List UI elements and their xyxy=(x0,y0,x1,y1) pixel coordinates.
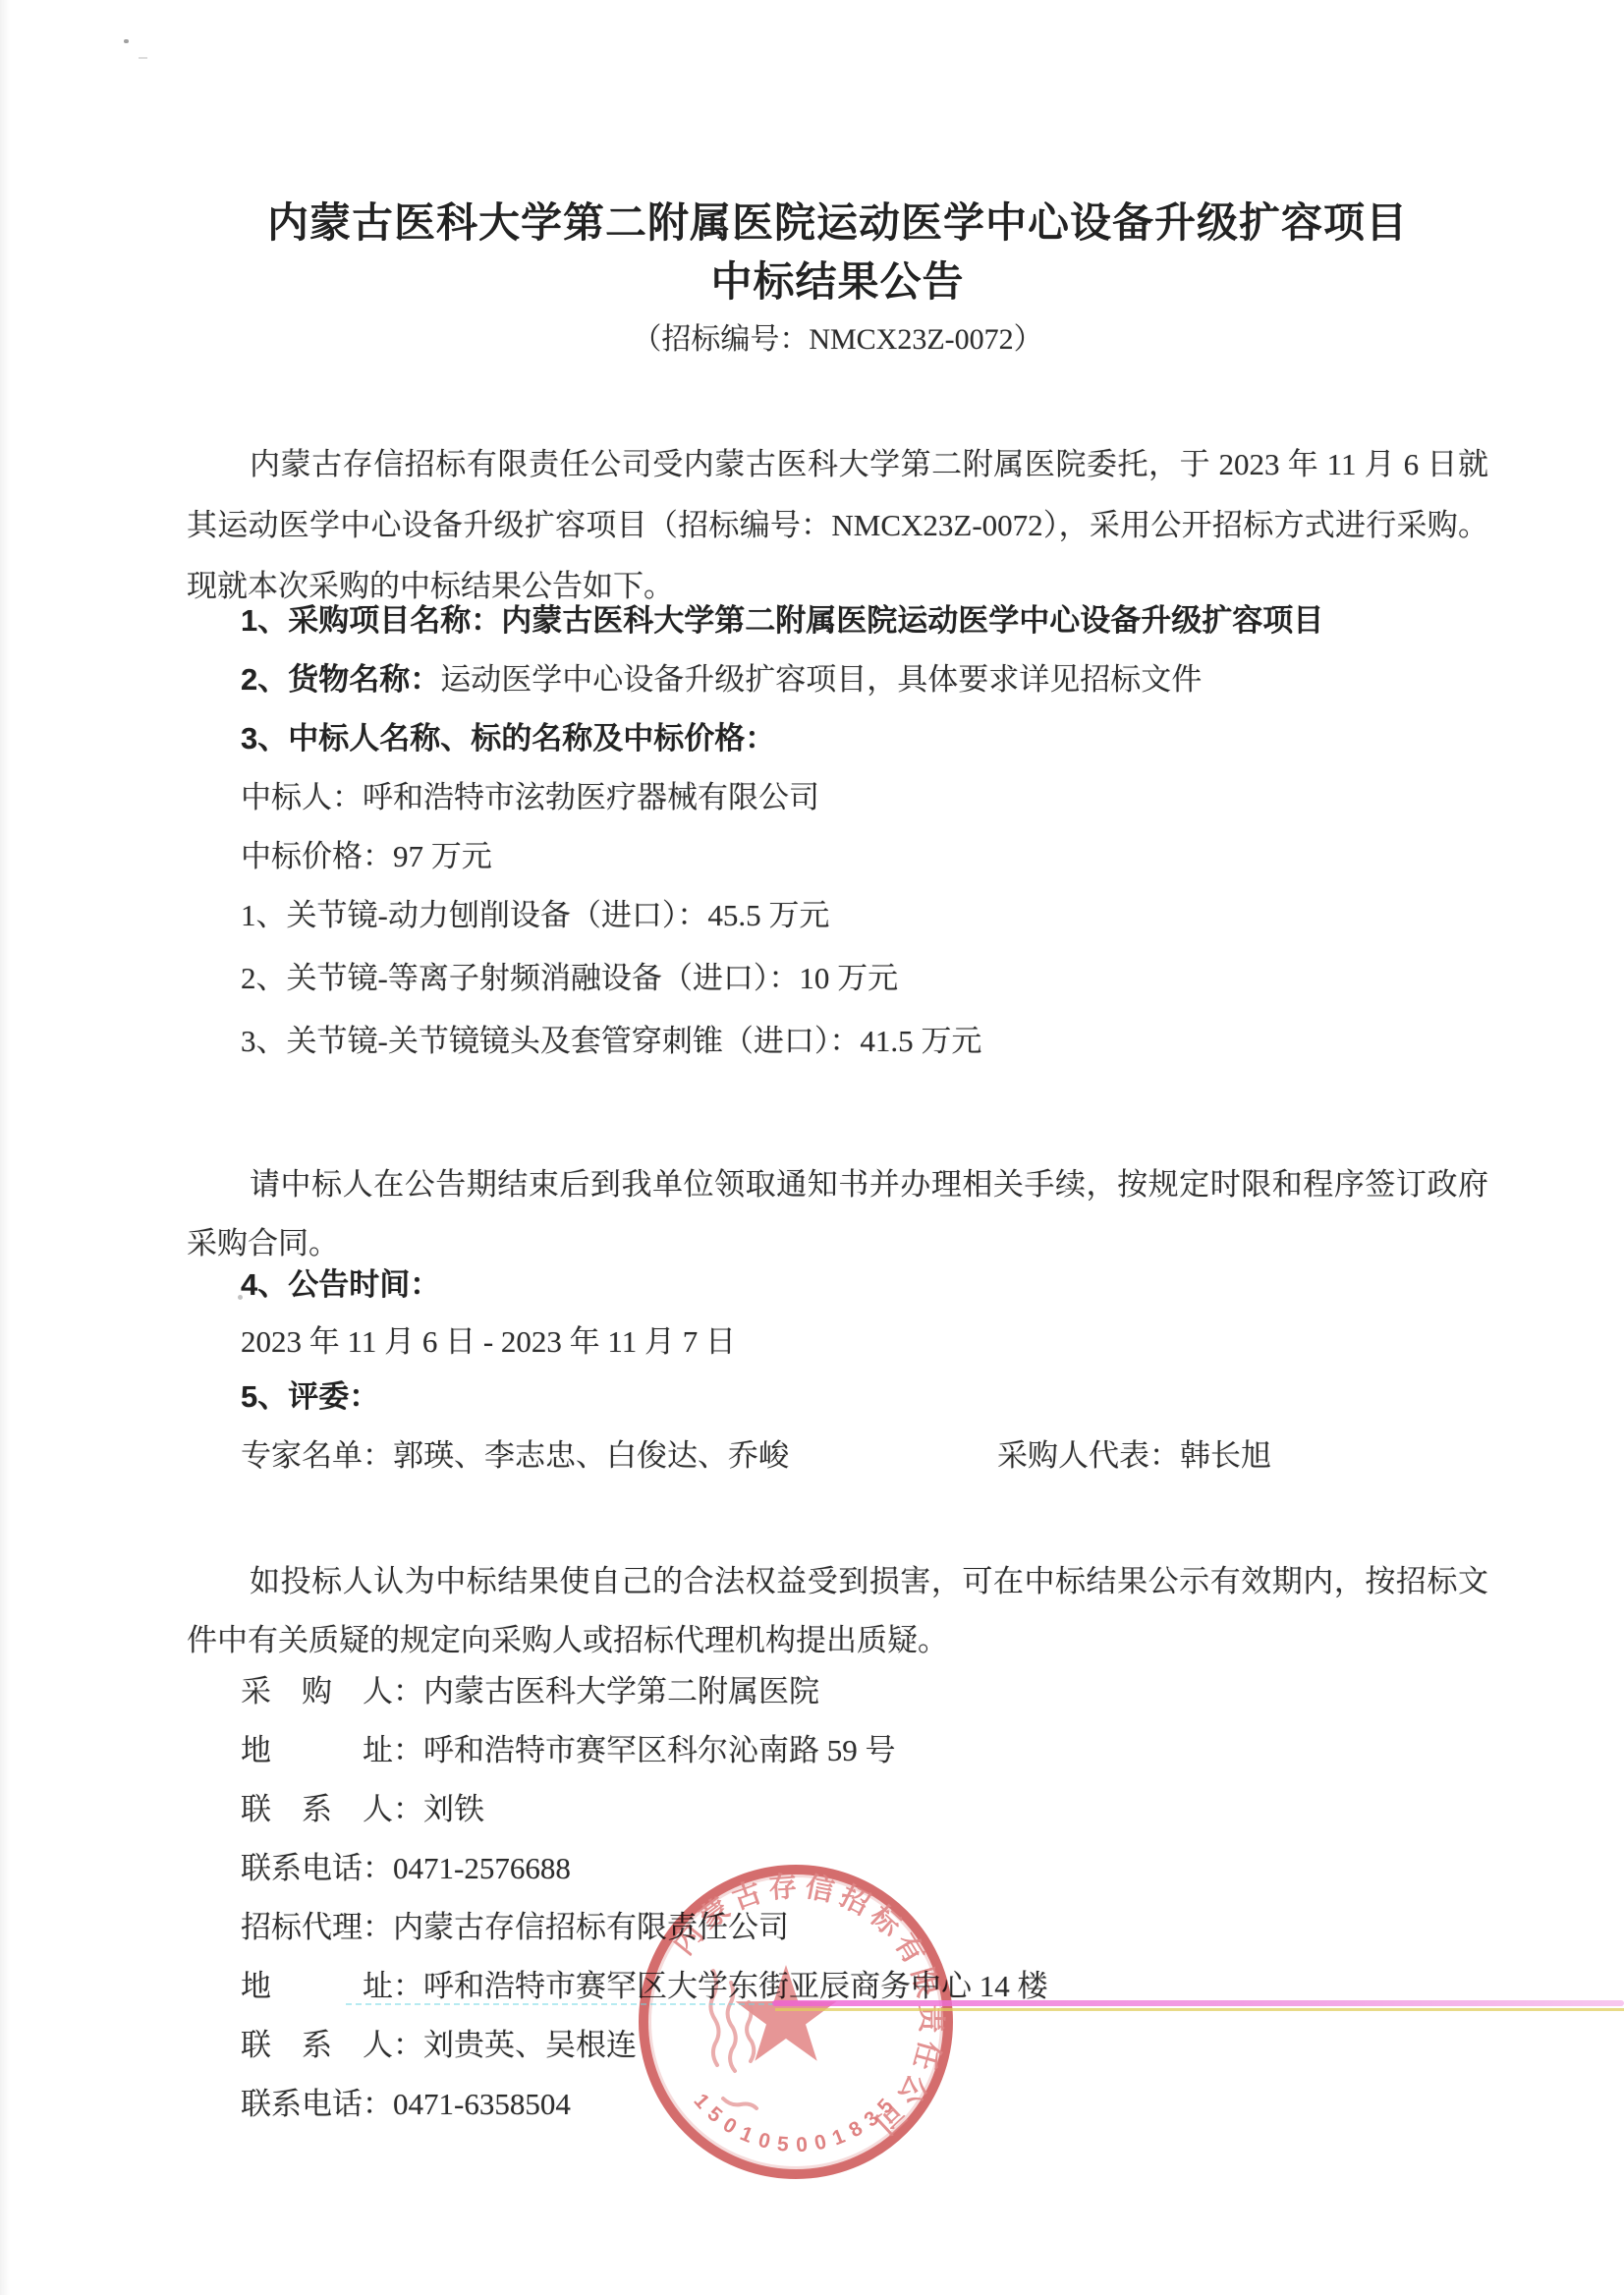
contact-value: 呼和浩特市赛罕区科尔沁南路 59 号 xyxy=(423,1733,896,1767)
contact-value: 0471-6358504 xyxy=(393,2087,571,2121)
item-2: 2、货物名称：运动医学中心设备升级扩容项目，具体要求详见招标文件 xyxy=(187,660,1488,700)
contact-label: 地 址： xyxy=(241,1733,423,1767)
price-line: 中标价格：97 万元 xyxy=(187,837,1488,876)
announcement-period: 2023 年 11 月 6 日 - 2023 年 11 月 7 日 xyxy=(187,1322,1488,1362)
contact-label: 联 系 人： xyxy=(241,1792,423,1826)
price-value: 97 万元 xyxy=(393,839,492,873)
objection-paragraph: 如投标人认为中标结果使自己的合法权益受到损害，可在中标结果公示有效期内，按招标文… xyxy=(187,1552,1488,1670)
item-2-value: 运动医学中心设备升级扩容项目，具体要求详见招标文件 xyxy=(440,662,1202,697)
intro-paragraph: 内蒙古存信招标有限责任公司受内蒙古医科大学第二附属医院委托，于 2023 年 1… xyxy=(187,434,1488,617)
scan-speck xyxy=(139,57,147,59)
contact-label: 联 系 人： xyxy=(241,2028,423,2062)
contact-label: 招标代理： xyxy=(241,1910,393,1944)
item-3-heading: 3、中标人名称、标的名称及中标价格： xyxy=(187,719,1488,758)
contact-value: 刘贵英、吴根连 xyxy=(423,2028,637,2062)
item-1-label: 1、采购项目名称： xyxy=(241,603,501,638)
contact-label: 采 购 人： xyxy=(241,1674,423,1708)
winner-value: 呼和浩特市泫勃医疗器械有限公司 xyxy=(363,780,819,814)
experts-list: 专家名单：郭瑛、李志忠、白俊达、乔峻 xyxy=(241,1438,789,1473)
winner-label: 中标人： xyxy=(241,780,363,814)
item-5-heading: 5、评委： xyxy=(187,1377,1488,1417)
contact-value: 刘铁 xyxy=(423,1792,484,1826)
lot-line-2: 2、关节镜-等离子射频消融设备（进口）：10 万元 xyxy=(187,959,1488,998)
contact-row: 地 址：呼和浩特市赛罕区科尔沁南路 59 号 xyxy=(187,1731,1488,1770)
experts-line: 专家名单：郭瑛、李志忠、白俊达、乔峻 采购人代表：韩长旭 xyxy=(187,1436,1488,1476)
item-4-heading: 4、公告时间： xyxy=(187,1265,1488,1305)
winner-line: 中标人：呼和浩特市泫勃医疗器械有限公司 xyxy=(187,778,1488,817)
notice-paragraph: 请中标人在公告期结束后到我单位领取通知书并办理相关手续，按规定时限和程序签订政府… xyxy=(187,1155,1488,1273)
tender-number: （招标编号：NMCX23Z-0072） xyxy=(187,320,1488,360)
lot-line-3: 3、关节镜-关节镜镜头及套管穿刺锥（进口）：41.5 万元 xyxy=(187,1022,1488,1061)
contact-value: 0471-2576688 xyxy=(393,1851,571,1885)
seal-mongolian-script xyxy=(710,1971,756,2108)
contact-label: 地 址： xyxy=(241,1969,423,2003)
price-label: 中标价格： xyxy=(241,839,393,873)
contact-row: 采 购 人：内蒙古医科大学第二附属医院 xyxy=(187,1672,1488,1711)
scan-speck xyxy=(124,39,129,43)
official-seal: 内蒙古存信招标有限责任公司 150105001835 xyxy=(629,1855,963,2189)
item-1-value: 内蒙古医科大学第二附属医院运动医学中心设备升级扩容项目 xyxy=(501,603,1323,638)
page-title-line2: 中标结果公告 xyxy=(187,253,1488,310)
lot-line-1: 1、关节镜-动力刨削设备（进口）：45.5 万元 xyxy=(187,896,1488,935)
page-title-line1: 内蒙古医科大学第二附属医院运动医学中心设备升级扩容项目 xyxy=(187,195,1488,252)
contact-value: 内蒙古医科大学第二附属医院 xyxy=(423,1674,819,1708)
contact-label: 联系电话： xyxy=(241,2087,393,2121)
contact-row: 联 系 人：刘铁 xyxy=(187,1790,1488,1829)
scanned-announcement-page: 内蒙古医科大学第二附属医院运动医学中心设备升级扩容项目 中标结果公告 （招标编号… xyxy=(0,0,1624,2295)
item-1: 1、采购项目名称：内蒙古医科大学第二附属医院运动医学中心设备升级扩容项目 xyxy=(187,601,1488,641)
item-2-label: 2、货物名称： xyxy=(241,662,440,697)
contact-label: 联系电话： xyxy=(241,1851,393,1885)
buyer-representative: 采购人代表：韩长旭 xyxy=(997,1436,1271,1476)
